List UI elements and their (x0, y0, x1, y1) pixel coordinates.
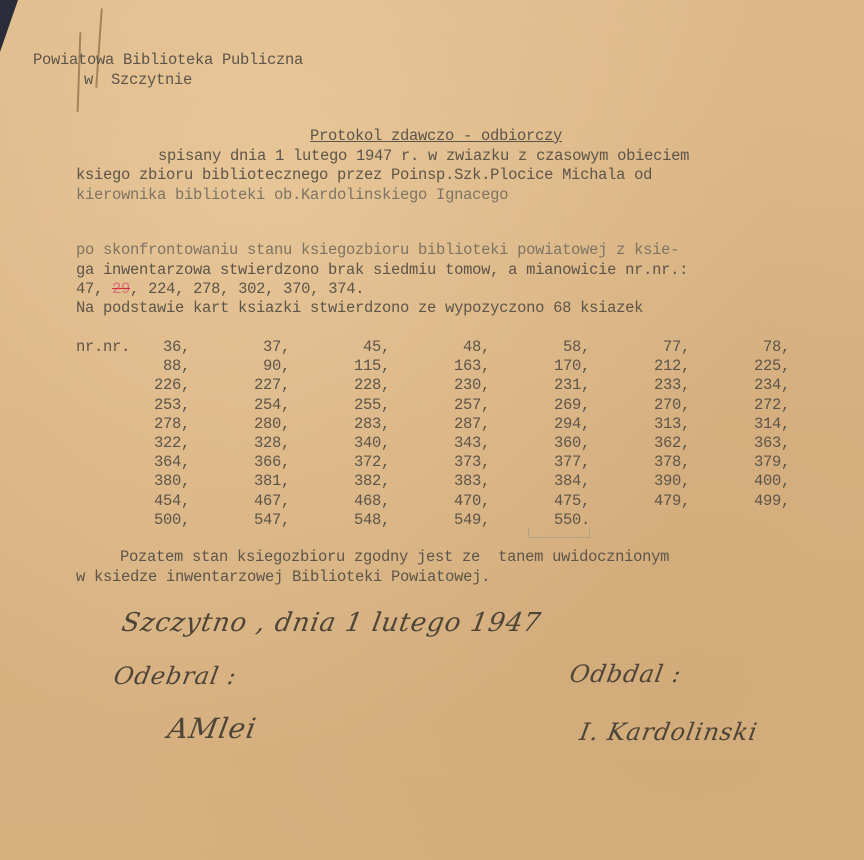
handwritten-place-date: Szczytno , dnia 1 lutego 1947 (119, 608, 543, 638)
loaned-number: 280, (230, 415, 290, 434)
intro-line-3: kierownika biblioteki ob.Kardolinskiego … (76, 186, 508, 205)
loaned-number: 362, (630, 434, 690, 453)
loaned-number: 454, (130, 492, 190, 511)
loaned-number: 233, (630, 376, 690, 395)
missing-number: 224 (148, 280, 175, 298)
loaned-number: 500, (130, 511, 190, 530)
loaned-number: 314, (730, 415, 790, 434)
loaned-number: 270, (630, 396, 690, 415)
handed-by-signature: I. Kardolinski (578, 718, 761, 746)
closing-line-1: Pozatem stan ksiegozbioru zgodny jest ze… (120, 548, 669, 567)
loaned-number: 377, (530, 453, 590, 472)
loaned-number: 366, (230, 453, 290, 472)
loaned-number: 313, (630, 415, 690, 434)
loaned-number: 48, (430, 338, 490, 357)
loaned-number: 77, (630, 338, 690, 357)
loaned-number: 470, (430, 492, 490, 511)
handed-by-label: Odbdal : (568, 660, 684, 688)
loaned-number: 287, (430, 415, 490, 434)
grid-prefix: nr.nr. (76, 338, 130, 357)
loaned-number: 255, (330, 396, 390, 415)
loaned-number: 88, (130, 357, 190, 376)
loaned-number: 58, (530, 338, 590, 357)
intro-line-2: ksiego zbioru bibliotecznego przez Poins… (76, 166, 652, 185)
loaned-number: 228, (330, 376, 390, 395)
missing-numbers-line: 47, 29, 224, 278, 302, 370, 374. (76, 280, 364, 299)
loaned-number: 382, (330, 472, 390, 491)
institution-name: Powiatowa Biblioteka Publiczna (33, 51, 303, 70)
loaned-number: 373, (430, 453, 490, 472)
loaned-number: 363, (730, 434, 790, 453)
loaned-number: 90, (230, 357, 290, 376)
loaned-number: 499, (730, 492, 790, 511)
loaned-number: 45, (330, 338, 390, 357)
closing-line-2: w ksiedze inwentarzowej Biblioteki Powia… (76, 568, 490, 587)
findings-line-1: po skonfrontowaniu stanu ksiegozbioru bi… (76, 241, 679, 260)
scan-background-corner (0, 0, 18, 52)
loaned-number: 227, (230, 376, 290, 395)
loaned-number: 212, (630, 357, 690, 376)
loaned-number: 549, (430, 511, 490, 530)
missing-number-struck: 29 (112, 280, 130, 298)
loaned-number: 390, (630, 472, 690, 491)
loaned-number: 378, (630, 453, 690, 472)
loaned-number: 383, (430, 472, 490, 491)
loaned-number: 225, (730, 357, 790, 376)
loaned-number: 468, (330, 492, 390, 511)
loaned-number: 231, (530, 376, 590, 395)
loaned-number: 163, (430, 357, 490, 376)
findings-line-2: ga inwentarzowa stwierdzono brak siedmiu… (76, 261, 688, 280)
loaned-number: 364, (130, 453, 190, 472)
loaned-number: 372, (330, 453, 390, 472)
missing-number: 302 (238, 280, 265, 298)
loaned-number: 234, (730, 376, 790, 395)
loaned-number: 294, (530, 415, 590, 434)
loaned-number: 328, (230, 434, 290, 453)
loaned-number: 36, (130, 338, 190, 357)
missing-number: 278 (193, 280, 220, 298)
loaned-number: 475, (530, 492, 590, 511)
loaned-number: 283, (330, 415, 390, 434)
loaned-number: 253, (130, 396, 190, 415)
loaned-number: 37, (230, 338, 290, 357)
received-by-label: Odebral : (112, 662, 240, 690)
loaned-number: 400, (730, 472, 790, 491)
loaned-number: 226, (130, 376, 190, 395)
loaned-number: 381, (230, 472, 290, 491)
loaned-number: 322, (130, 434, 190, 453)
loaned-number: 257, (430, 396, 490, 415)
document-title: Protokol zdawczo - odbiorczy (310, 127, 562, 146)
loaned-number: 278, (130, 415, 190, 434)
loaned-number: 380, (130, 472, 190, 491)
loaned-number: 269, (530, 396, 590, 415)
loaned-number: 384, (530, 472, 590, 491)
intro-line-1: spisany dnia 1 lutego 1947 r. w zwiazku … (158, 147, 689, 166)
loaned-number: 230, (430, 376, 490, 395)
loaned-number: 115, (330, 357, 390, 376)
loan-summary-line: Na podstawie kart ksiazki stwierdzono ze… (76, 299, 643, 318)
loaned-number: 547, (230, 511, 290, 530)
missing-number: 47 (76, 280, 94, 298)
loaned-number: 254, (230, 396, 290, 415)
loaned-number: 379, (730, 453, 790, 472)
received-by-signature: AMlei (165, 712, 259, 745)
loaned-number: 467, (230, 492, 290, 511)
loaned-number: 479, (630, 492, 690, 511)
institution-location: w Szczytnie (84, 71, 192, 90)
loaned-number: 272, (730, 396, 790, 415)
loaned-number: 170, (530, 357, 590, 376)
missing-number: 370 (283, 280, 310, 298)
loaned-number: 343, (430, 434, 490, 453)
loaned-number: 78, (730, 338, 790, 357)
loaned-number: 360, (530, 434, 590, 453)
stamp-mark (528, 527, 590, 538)
loaned-number: 340, (330, 434, 390, 453)
loaned-number: 548, (330, 511, 390, 530)
missing-number: 374 (328, 280, 355, 298)
